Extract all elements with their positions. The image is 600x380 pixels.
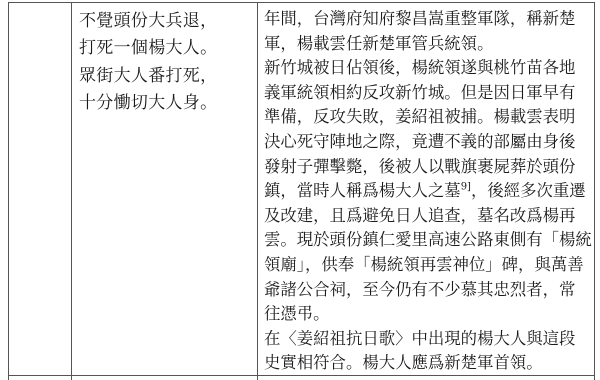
text-line: 軍，楊載雲任新楚軍管兵統領。 xyxy=(264,32,590,57)
empty-cell xyxy=(257,376,595,380)
paragraph-2-part-b: 及改建，且爲避免日人追查，墓名改爲楊再雲。現於頭份鎮仁愛里高速公路東側有「楊統領… xyxy=(264,204,590,327)
text-line: 雲。現於頭份鎮仁愛里高速公路東側有「楊統 xyxy=(264,228,590,253)
text-line: 往憑弔。 xyxy=(264,302,590,327)
text-line: 及改建，且爲避免日人追查，墓名改爲楊再 xyxy=(264,204,590,229)
scanned-document-page: 不覺頭份大兵退，打死一個楊大人。眾街大人番打死，十分慟切大人身。 年間，台灣府知… xyxy=(0,0,600,380)
text-segment: 鎮，當時人稱爲楊大人之墓 xyxy=(264,181,461,200)
text-segment: ，後經多次重遷 xyxy=(471,181,586,200)
verse-line: 十分慟切大人身。 xyxy=(79,90,253,117)
paragraph-2-part-a: 新竹城被日佔領後，楊統領遂與桃竹苗各地義軍統領相約反攻新竹城。但是因日軍早有準備… xyxy=(264,56,590,179)
verse-line: 眾街大人番打死， xyxy=(79,63,253,90)
text-line: 發射子彈擊斃，後被人以戰旗裹屍葬於頭份 xyxy=(264,155,590,180)
verse-cell: 不覺頭份大兵退，打死一個楊大人。眾街大人番打死，十分慟切大人身。 xyxy=(71,3,257,375)
empty-cell xyxy=(71,376,257,380)
text-line: 領廟」，供奉「楊統領再雲神位」碑，與萬善 xyxy=(264,253,590,278)
verse-line: 打死一個楊大人。 xyxy=(79,35,253,62)
text-line: 義軍統領相約反攻新竹城。但是因日軍早有 xyxy=(264,81,590,106)
paragraph-3: 在〈姜紹祖抗日歌〉中出現的楊大人與這段史實相符合。楊大人應爲新楚軍首領。 xyxy=(264,327,590,375)
text-line: 準備，反攻失敗，姜紹祖被捕。楊載雲表明 xyxy=(264,105,590,130)
text-line-with-footnote: 鎮，當時人稱爲楊大人之墓9]，後經多次重遷 xyxy=(264,179,590,204)
text-line: 新竹城被日佔領後，楊統領遂與桃竹苗各地 xyxy=(264,56,590,81)
empty-cell xyxy=(8,376,71,380)
table-row: 不覺頭份大兵退，打死一個楊大人。眾街大人番打死，十分慟切大人身。 年間，台灣府知… xyxy=(8,3,595,376)
text-line: 年間，台灣府知府黎昌嵩重整軍隊，稱新楚 xyxy=(264,7,590,32)
history-text: 年間，台灣府知府黎昌嵩重整軍隊，稱新楚軍，楊載雲任新楚軍管兵統領。 新竹城被日佔… xyxy=(258,3,594,375)
verse-line: 不覺頭份大兵退， xyxy=(79,8,253,35)
empty-cell xyxy=(8,3,71,375)
table-row-cut-off xyxy=(8,376,595,380)
text-line: 史實相符合。楊大人應爲新楚軍首領。 xyxy=(264,351,590,375)
paragraph-1: 年間，台灣府知府黎昌嵩重整軍隊，稱新楚軍，楊載雲任新楚軍管兵統領。 xyxy=(264,7,590,56)
history-text-cell: 年間，台灣府知府黎昌嵩重整軍隊，稱新楚軍，楊載雲任新楚軍管兵統領。 新竹城被日佔… xyxy=(257,3,595,375)
text-line: 決心死守陣地之際，竟遭不義的部屬由身後 xyxy=(264,130,590,155)
text-line: 爺諸公合祠，至今仍有不少慕其忠烈者，常 xyxy=(264,278,590,303)
footnote-ref: 9] xyxy=(461,182,471,193)
verse-lines: 不覺頭份大兵退，打死一個楊大人。眾街大人番打死，十分慟切大人身。 xyxy=(72,3,257,118)
text-line: 在〈姜紹祖抗日歌〉中出現的楊大人與這段 xyxy=(264,327,590,352)
document-table: 不覺頭份大兵退，打死一個楊大人。眾街大人番打死，十分慟切大人身。 年間，台灣府知… xyxy=(8,2,595,380)
